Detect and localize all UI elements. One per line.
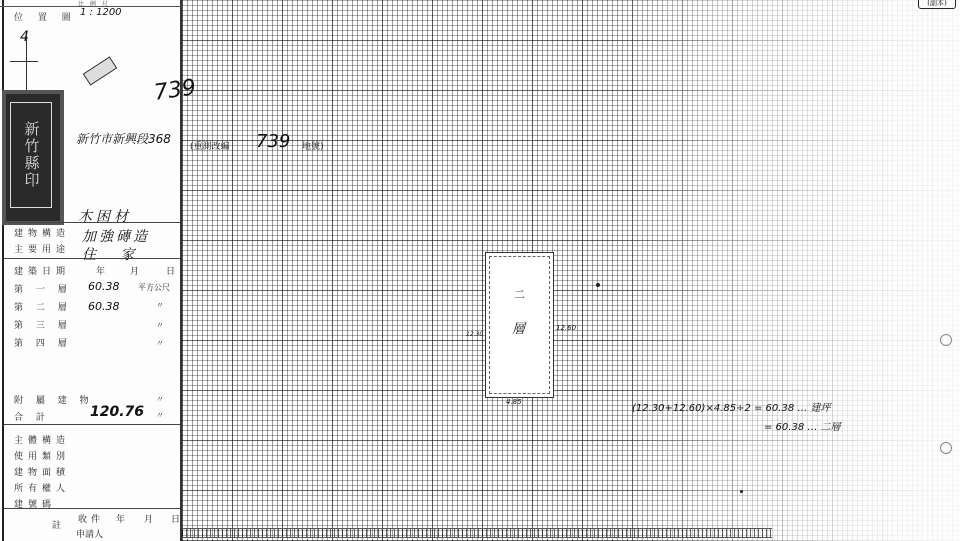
floor-2-label: 第 二 層 — [14, 300, 72, 313]
renumber-prefix: (重測改編 — [190, 139, 230, 152]
owner-label: 所有權人 — [14, 481, 70, 494]
footer-year: 年 — [116, 512, 125, 525]
structure-value-line1: 木困材 — [78, 206, 132, 226]
floor-4-unit: 〃 — [156, 338, 164, 349]
table-rule — [4, 508, 180, 509]
ink-speck — [740, 490, 743, 493]
table-rule — [4, 258, 180, 259]
footer-note: 註 — [52, 518, 61, 531]
table-rule — [4, 424, 180, 425]
structure-value-line2: 加強磚造 — [82, 226, 150, 246]
total-label: 合 計 — [14, 410, 50, 423]
floor-3-label: 第 三 層 — [14, 318, 72, 331]
accessory-unit: 〃 — [156, 394, 164, 405]
renumber-value: 739 — [256, 131, 290, 152]
floor-1-area: 60.38 — [88, 280, 120, 293]
punch-hole-mark — [940, 334, 952, 346]
footer-received: 收件 — [78, 512, 104, 525]
floor-2-area: 60.38 — [88, 300, 120, 313]
north-arrow-label: 4 — [20, 29, 29, 45]
north-arrow-icon — [26, 36, 27, 96]
main-structure-label: 主體構造 — [14, 433, 70, 446]
structure-label: 建物構造 — [14, 226, 70, 239]
north-arrow-crossbar — [10, 61, 38, 62]
official-seal: 新竹縣印 — [2, 90, 64, 225]
scale-value: 1 : 1200 — [80, 7, 122, 18]
scanned-survey-page: 位 置 圖 比 例 尺 1 : 1200 (副本) 4 新竹縣印 739 新竹市… — [0, 0, 960, 541]
seal-text: 新竹縣印 — [10, 102, 52, 208]
copy-badge: (副本) — [918, 0, 956, 9]
plan-dim-right: 12.60 — [556, 324, 576, 332]
date-year: 年 — [96, 264, 105, 277]
floor-1-unit: 平方公尺 — [138, 282, 170, 293]
building-area-label: 建物面積 — [14, 465, 70, 478]
left-margin-line — [2, 0, 4, 541]
total-value: 120.76 — [90, 404, 144, 420]
date-month: 月 — [130, 264, 139, 277]
total-unit: 〃 — [156, 410, 164, 421]
date-day: 日 — [166, 264, 175, 277]
small-stamp-icon — [83, 56, 117, 85]
floor-2-unit: 〃 — [156, 300, 164, 311]
floor-1-label: 第 一 層 — [14, 282, 72, 295]
location-map-label: 位 置 圖 — [14, 10, 77, 23]
calculation-line-1: (12.30+12.60)×4.85÷2 = 60.38 … 建坪 — [632, 399, 831, 414]
footer-month: 月 — [144, 512, 153, 525]
plan-floor-label-bottom: 層 — [512, 318, 525, 337]
footer-applicant: 申請人 — [76, 527, 103, 540]
plan-dim-bottom: 4.85 — [506, 398, 522, 406]
footer-day: 日 — [171, 512, 180, 525]
floor-4-label: 第 四 層 — [14, 336, 72, 349]
plan-floor-label-top: 二 — [514, 286, 525, 302]
calculation-line-2: = 60.38 … 二層 — [764, 418, 841, 433]
accessory-label: 附 屬 建 物 — [14, 393, 94, 406]
floor-3-unit: 〃 — [156, 320, 164, 331]
bottom-border-strip — [182, 528, 772, 538]
address: 新竹市新興段368 — [76, 130, 171, 147]
construction-date-label: 建築日期 — [14, 264, 70, 277]
renumber-suffix: 地號) — [302, 139, 324, 152]
usage-category-label: 使用類別 — [14, 449, 70, 462]
ink-speck — [596, 283, 600, 287]
punch-hole-mark — [940, 442, 952, 454]
plan-dim-left: 12.30 — [466, 331, 483, 338]
graph-paper-grid — [182, 0, 960, 541]
usage-value: 住 家 — [82, 244, 144, 264]
usage-label: 主要用途 — [14, 242, 70, 255]
